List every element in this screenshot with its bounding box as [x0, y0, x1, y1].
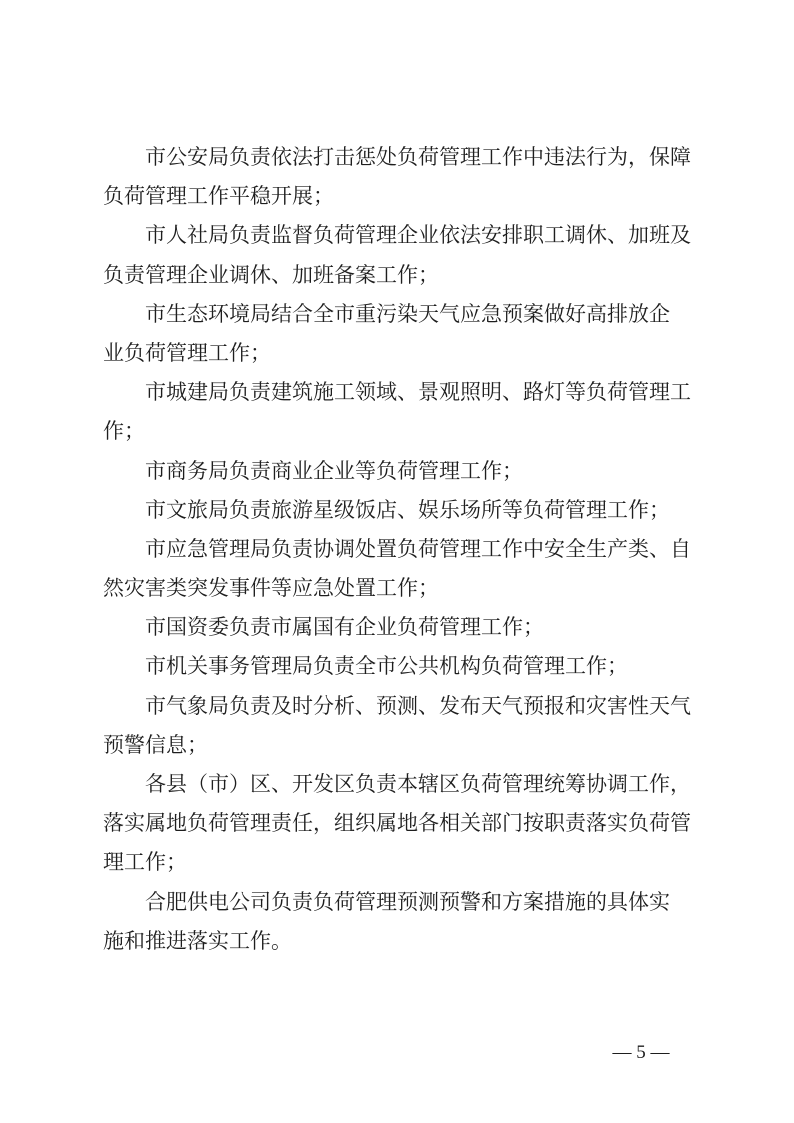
- paragraph-line: 市文旅局负责旅游星级饭店、娱乐场所等负荷管理工作；: [103, 491, 703, 530]
- paragraph-line: 作；: [103, 412, 703, 451]
- paragraph-line: 理工作；: [103, 843, 703, 882]
- paragraph-public-security: 市公安局负责依法打击惩处负荷管理工作中违法行为，保障 负荷管理工作平稳开展；: [103, 138, 703, 216]
- paragraph-human-resources: 市人社局负责监督负荷管理企业依法安排职工调休、加班及 负责管理企业调休、加班备案…: [103, 216, 703, 294]
- document-body: 市公安局负责依法打击惩处负荷管理工作中违法行为，保障 负荷管理工作平稳开展； 市…: [103, 138, 703, 961]
- paragraph-state-assets: 市国资委负责市属国有企业负荷管理工作；: [103, 608, 703, 647]
- paragraph-line: 市城建局负责建筑施工领域、景观照明、路灯等负荷管理工: [103, 373, 703, 412]
- paragraph-line: 市应急管理局负责协调处置负荷管理工作中安全生产类、自: [103, 530, 703, 569]
- paragraph-line: 然灾害类突发事件等应急处置工作；: [103, 569, 703, 608]
- paragraph-government-affairs: 市机关事务管理局负责全市公共机构负荷管理工作；: [103, 647, 703, 686]
- paragraph-culture-tourism: 市文旅局负责旅游星级饭店、娱乐场所等负荷管理工作；: [103, 491, 703, 530]
- paragraph-line: 落实属地负荷管理责任，组织属地各相关部门按职责落实负荷管: [103, 804, 703, 843]
- document-page: 市公安局负责依法打击惩处负荷管理工作中违法行为，保障 负荷管理工作平稳开展； 市…: [0, 0, 794, 1123]
- paragraph-urban-construction: 市城建局负责建筑施工领域、景观照明、路灯等负荷管理工 作；: [103, 373, 703, 451]
- paragraph-line: 市机关事务管理局负责全市公共机构负荷管理工作；: [103, 647, 703, 686]
- paragraph-line: 市公安局负责依法打击惩处负荷管理工作中违法行为，保障: [103, 138, 703, 177]
- paragraph-line: 负荷管理工作平稳开展；: [103, 177, 703, 216]
- paragraph-line: 预警信息；: [103, 726, 703, 765]
- page-number: — 5 —: [596, 1040, 686, 1066]
- paragraph-line: 施和推进落实工作。: [103, 922, 703, 961]
- paragraph-line: 市气象局负责及时分析、预测、发布天气预报和灾害性天气: [103, 687, 703, 726]
- paragraph-counties-districts: 各县（市）区、开发区负责本辖区负荷管理统筹协调工作， 落实属地负荷管理责任，组织…: [103, 765, 703, 883]
- paragraph-line: 市国资委负责市属国有企业负荷管理工作；: [103, 608, 703, 647]
- paragraph-ecology-environment: 市生态环境局结合全市重污染天气应急预案做好高排放企 业负荷管理工作；: [103, 295, 703, 373]
- paragraph-line: 合肥供电公司负责负荷管理预测预警和方案措施的具体实: [103, 883, 703, 922]
- paragraph-line: 市商务局负责商业企业等负荷管理工作；: [103, 452, 703, 491]
- paragraph-power-supply-company: 合肥供电公司负责负荷管理预测预警和方案措施的具体实 施和推进落实工作。: [103, 883, 703, 961]
- paragraph-line: 业负荷管理工作；: [103, 334, 703, 373]
- paragraph-emergency-management: 市应急管理局负责协调处置负荷管理工作中安全生产类、自 然灾害类突发事件等应急处置…: [103, 530, 703, 608]
- paragraph-meteorology: 市气象局负责及时分析、预测、发布天气预报和灾害性天气 预警信息；: [103, 687, 703, 765]
- paragraph-line: 市人社局负责监督负荷管理企业依法安排职工调休、加班及: [103, 216, 703, 255]
- paragraph-line: 负责管理企业调休、加班备案工作；: [103, 256, 703, 295]
- paragraph-commerce: 市商务局负责商业企业等负荷管理工作；: [103, 452, 703, 491]
- paragraph-line: 市生态环境局结合全市重污染天气应急预案做好高排放企: [103, 295, 703, 334]
- paragraph-line: 各县（市）区、开发区负责本辖区负荷管理统筹协调工作，: [103, 765, 703, 804]
